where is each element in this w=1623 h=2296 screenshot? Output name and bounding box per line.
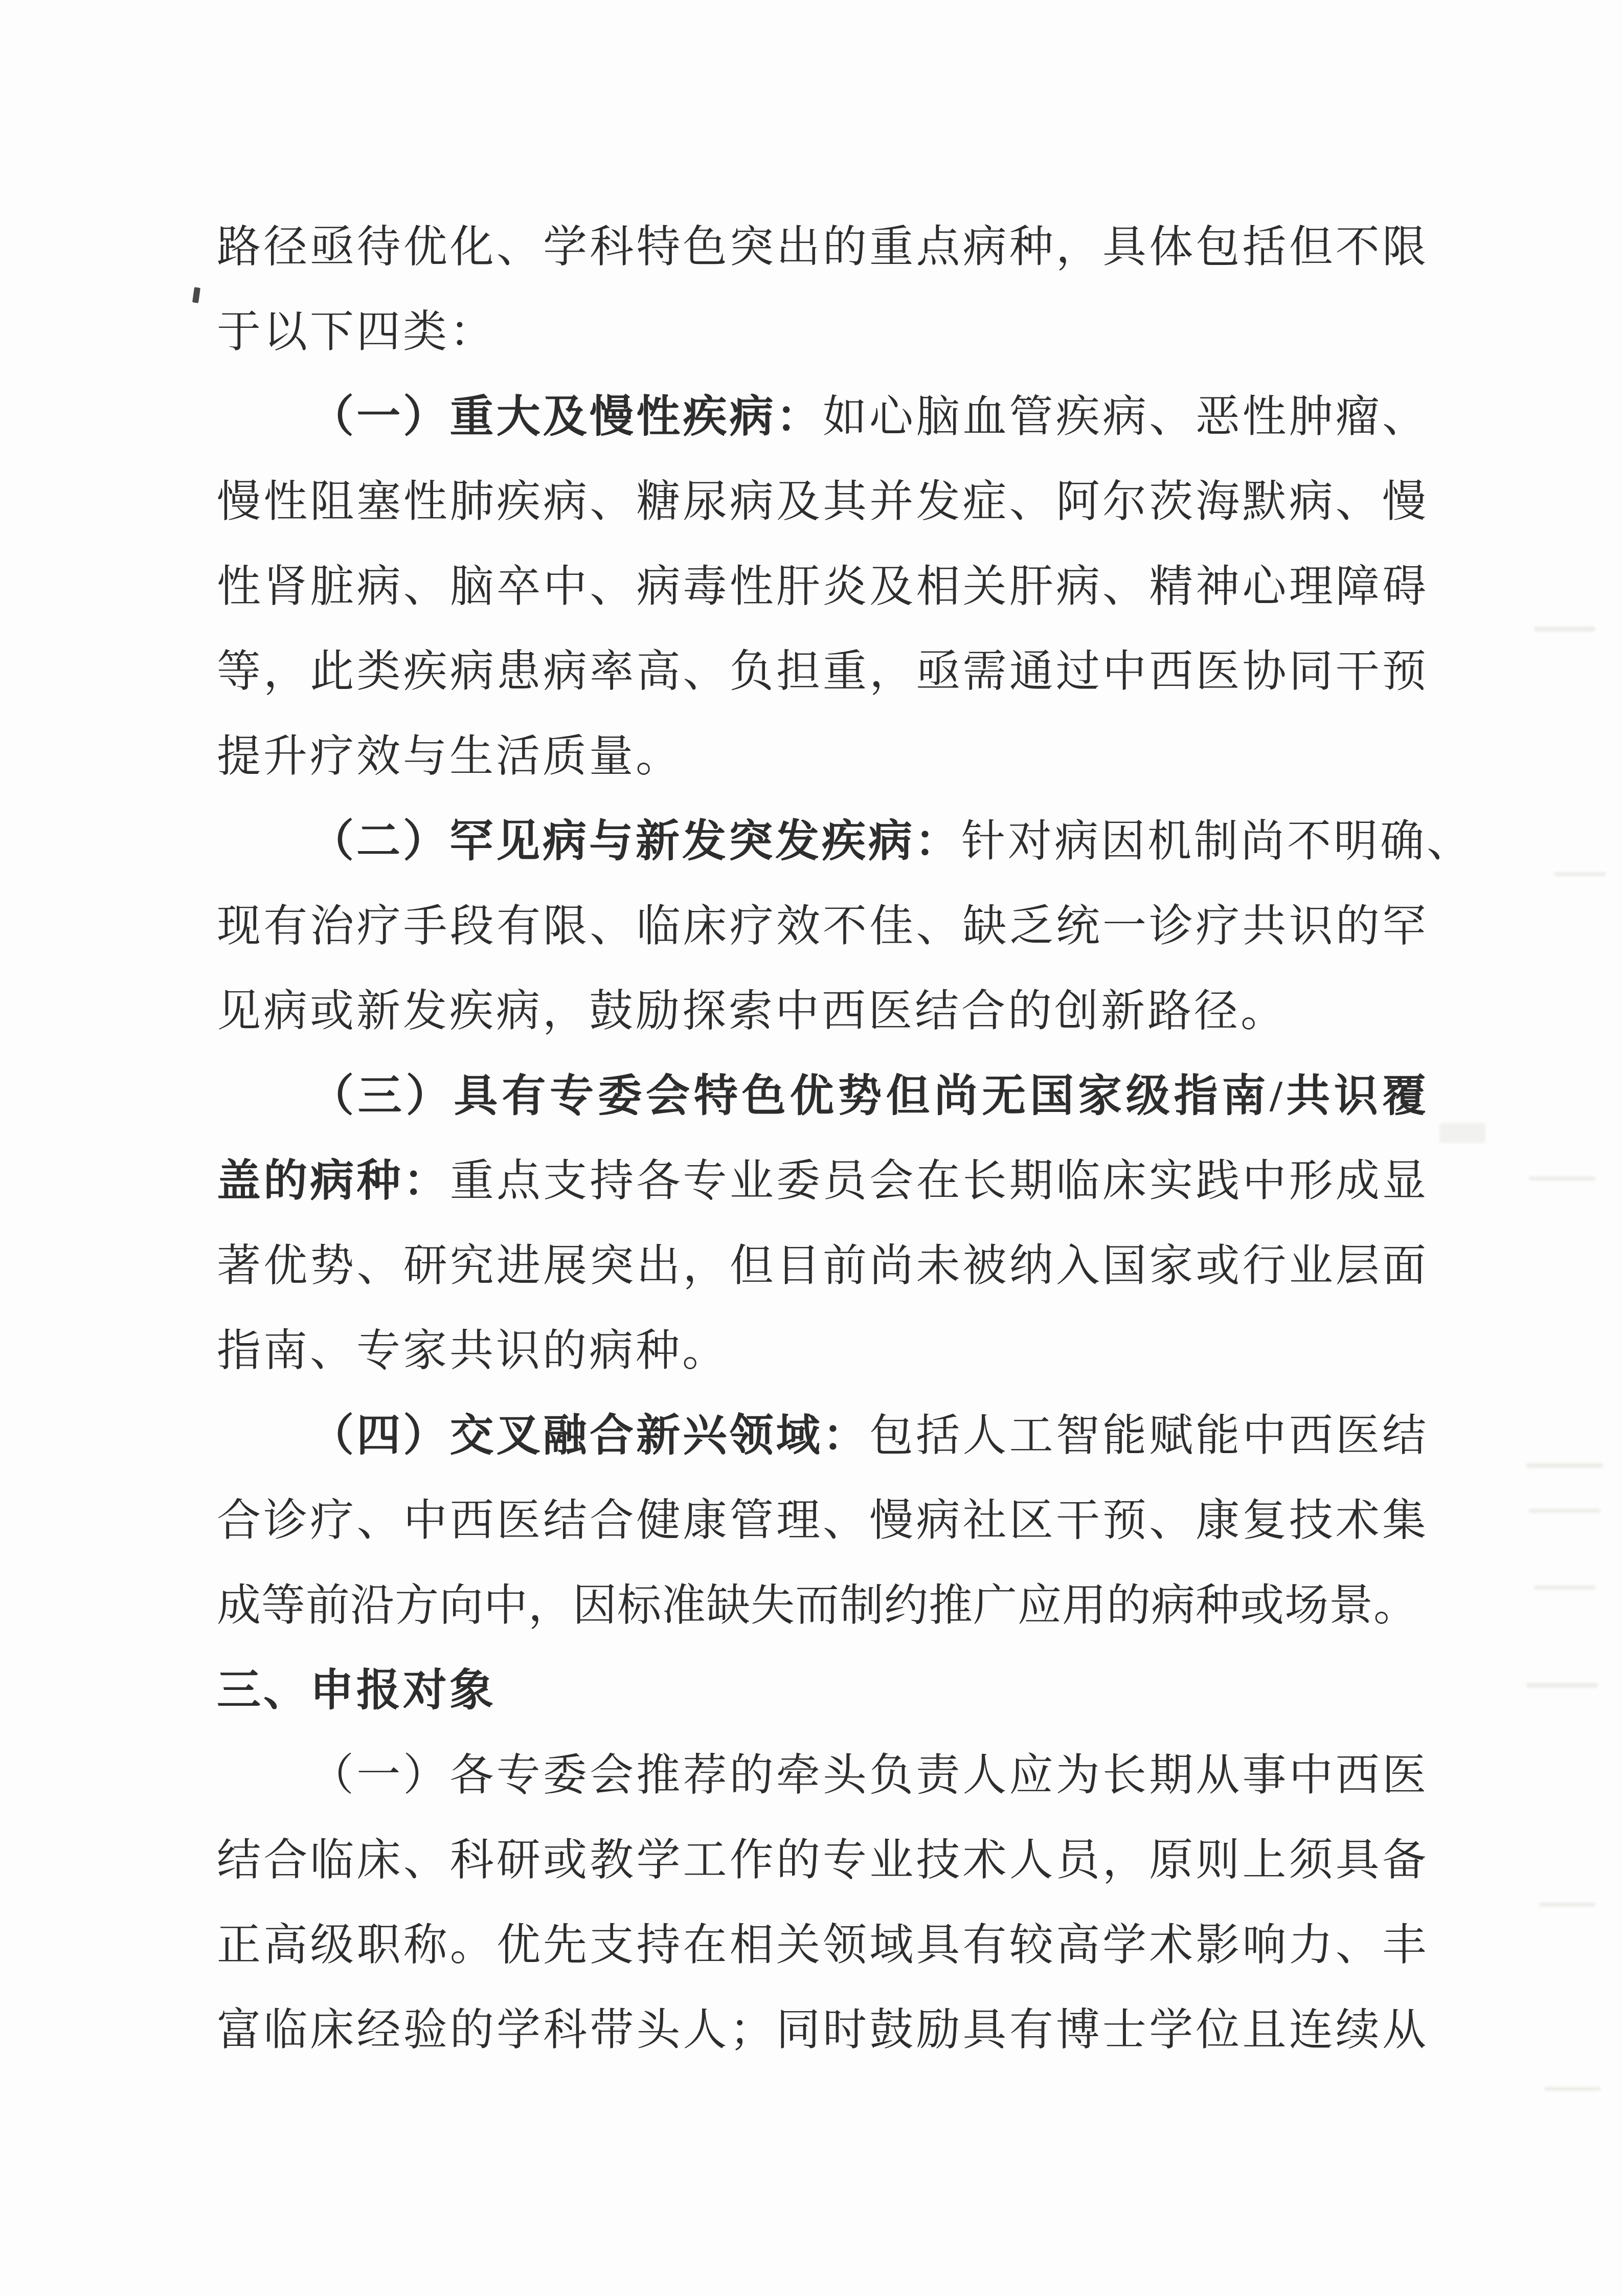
text-line: （四）交叉融合新兴领域：包括人工智能赋能中西医结 — [217, 1393, 1429, 1478]
text-run-bold: （三）具有专委会特色优势但尚无国家级指南/共识覆 — [310, 1072, 1429, 1121]
text-line: 成等前沿方向中，因标准缺失而制约推广应用的病种或场景。 — [217, 1563, 1429, 1648]
text-line: 路径亟待优化、学科特色突出的重点病种，具体包括但不限 — [217, 205, 1429, 289]
text-run: 慢性阻塞性肺疾病、糖尿病及其并发症、阿尔茨海默病、慢 — [217, 477, 1429, 526]
text-line: 结合临床、科研或教学工作的专业技术人员，原则上须具备 — [217, 1818, 1429, 1903]
intro-paragraph: 路径亟待优化、学科特色突出的重点病种，具体包括但不限 于以下四类： — [217, 205, 1429, 374]
text-line: 现有治疗手段有限、临床疗效不佳、缺乏统一诊疗共识的罕 — [217, 884, 1429, 969]
scan-artifact — [1529, 1176, 1595, 1180]
text-run-bold: （二）罕见病与新发突发疾病： — [310, 817, 961, 866]
scan-artifact — [192, 287, 200, 303]
text-run: 性肾脏病、脑卒中、病毒性肝炎及相关肝病、精神心理障碍 — [217, 562, 1429, 611]
text-run: 如心脑血管疾病、恶性肿瘤、 — [823, 392, 1429, 441]
scan-artifact — [1534, 627, 1595, 632]
item-2-rare-emerging-diseases: （二）罕见病与新发突发疾病：针对病因机制尚不明确、 现有治疗手段有限、临床疗效不… — [217, 799, 1429, 1054]
text-line: （二）罕见病与新发突发疾病：针对病因机制尚不明确、 — [217, 799, 1429, 884]
text-line: 富临床经验的学科带头人；同时鼓励具有博士学位且连续从 — [217, 1988, 1429, 2072]
text-line: （一）各专委会推荐的牵头负责人应为长期从事中西医 — [217, 1733, 1429, 1818]
document-page: 路径亟待优化、学科特色突出的重点病种，具体包括但不限 于以下四类： （一）重大及… — [0, 0, 1623, 2296]
text-run-bold: （一）重大及慢性疾病： — [310, 392, 823, 441]
text-run: 正高级职称。优先支持在相关领域具有较高学术影响力、丰 — [217, 1921, 1429, 1970]
scan-artifact — [1534, 1586, 1595, 1590]
text-line: 指南、专家共识的病种。 — [217, 1308, 1429, 1393]
text-run: 等，此类疾病患病率高、负担重，亟需通过中西医协同干预 — [217, 647, 1429, 696]
text-run: 富临床经验的学科带头人；同时鼓励具有博士学位且连续从 — [217, 2005, 1429, 2055]
applicant-requirements-paragraph: （一）各专委会推荐的牵头负责人应为长期从事中西医 结合临床、科研或教学工作的专业… — [217, 1733, 1429, 2072]
text-run: 于以下四类： — [217, 307, 496, 356]
text-run: 路径亟待优化、学科特色突出的重点病种，具体包括但不限 — [217, 222, 1429, 272]
scan-artifact — [1529, 1509, 1601, 1513]
text-run-bold: （四）交叉融合新兴领域： — [310, 1411, 869, 1460]
text-line: （三）具有专委会特色优势但尚无国家级指南/共识覆 — [217, 1054, 1429, 1139]
text-line: 正高级职称。优先支持在相关领域具有较高学术影响力、丰 — [217, 1903, 1429, 1988]
text-line: 著优势、研究进展突出，但目前尚未被纳入国家或行业层面 — [217, 1223, 1429, 1308]
scan-artifact — [1439, 1123, 1485, 1143]
document-text-block: 路径亟待优化、学科特色突出的重点病种，具体包括但不限 于以下四类： （一）重大及… — [217, 205, 1429, 2072]
item-1-major-chronic-diseases: （一）重大及慢性疾病：如心脑血管疾病、恶性肿瘤、 慢性阻塞性肺疾病、糖尿病及其并… — [217, 374, 1429, 799]
text-run: 现有治疗手段有限、临床疗效不佳、缺乏统一诊疗共识的罕 — [217, 902, 1429, 951]
scan-artifact — [1554, 872, 1606, 876]
text-run: 重点支持各专业委员会在长期临床实践中形成显 — [450, 1156, 1429, 1206]
scan-artifact — [1544, 2087, 1601, 2091]
text-run: 指南、专家共识的病种。 — [217, 1326, 729, 1375]
text-run: 提升疗效与生活质量。 — [217, 732, 682, 781]
text-run-bold: 盖的病种： — [217, 1156, 450, 1206]
text-run: 针对病因机制尚不明确、 — [961, 817, 1473, 866]
scan-artifact — [1539, 1903, 1595, 1907]
scan-artifact — [1526, 1683, 1598, 1688]
text-line: 盖的病种：重点支持各专业委员会在长期临床实践中形成显 — [217, 1139, 1429, 1223]
section-3-heading: 三、申报对象 — [217, 1648, 1429, 1733]
text-run: 成等前沿方向中，因标准缺失而制约推广应用的病种或场景。 — [217, 1581, 1418, 1630]
text-run-bold: 三、申报对象 — [217, 1666, 496, 1715]
text-line: 慢性阻塞性肺疾病、糖尿病及其并发症、阿尔茨海默病、慢 — [217, 459, 1429, 544]
text-run: 见病或新发疾病，鼓励探索中西医结合的创新路径。 — [217, 987, 1287, 1036]
text-line: 于以下四类： — [217, 289, 1429, 374]
item-3-specialty-advantage-diseases: （三）具有专委会特色优势但尚无国家级指南/共识覆 盖的病种：重点支持各专业委员会… — [217, 1054, 1429, 1393]
text-run: 著优势、研究进展突出，但目前尚未被纳入国家或行业层面 — [217, 1241, 1429, 1290]
text-line: 合诊疗、中西医结合健康管理、慢病社区干预、康复技术集 — [217, 1478, 1429, 1563]
text-run: （一）各专委会推荐的牵头负责人应为长期从事中西医 — [310, 1751, 1429, 1800]
text-run: 结合临床、科研或教学工作的专业技术人员，原则上须具备 — [217, 1836, 1429, 1885]
item-4-cross-disciplinary-fields: （四）交叉融合新兴领域：包括人工智能赋能中西医结 合诊疗、中西医结合健康管理、慢… — [217, 1393, 1429, 1648]
text-line: 等，此类疾病患病率高、负担重，亟需通过中西医协同干预 — [217, 629, 1429, 714]
text-line: 提升疗效与生活质量。 — [217, 714, 1429, 799]
text-line: （一）重大及慢性疾病：如心脑血管疾病、恶性肿瘤、 — [217, 374, 1429, 459]
text-run: 包括人工智能赋能中西医结 — [869, 1411, 1429, 1460]
text-line: 性肾脏病、脑卒中、病毒性肝炎及相关肝病、精神心理障碍 — [217, 544, 1429, 629]
text-line: 见病或新发疾病，鼓励探索中西医结合的创新路径。 — [217, 969, 1429, 1054]
scan-artifact — [1526, 1463, 1603, 1468]
section-heading: 三、申报对象 — [217, 1648, 1429, 1733]
text-run: 合诊疗、中西医结合健康管理、慢病社区干预、康复技术集 — [217, 1496, 1429, 1545]
